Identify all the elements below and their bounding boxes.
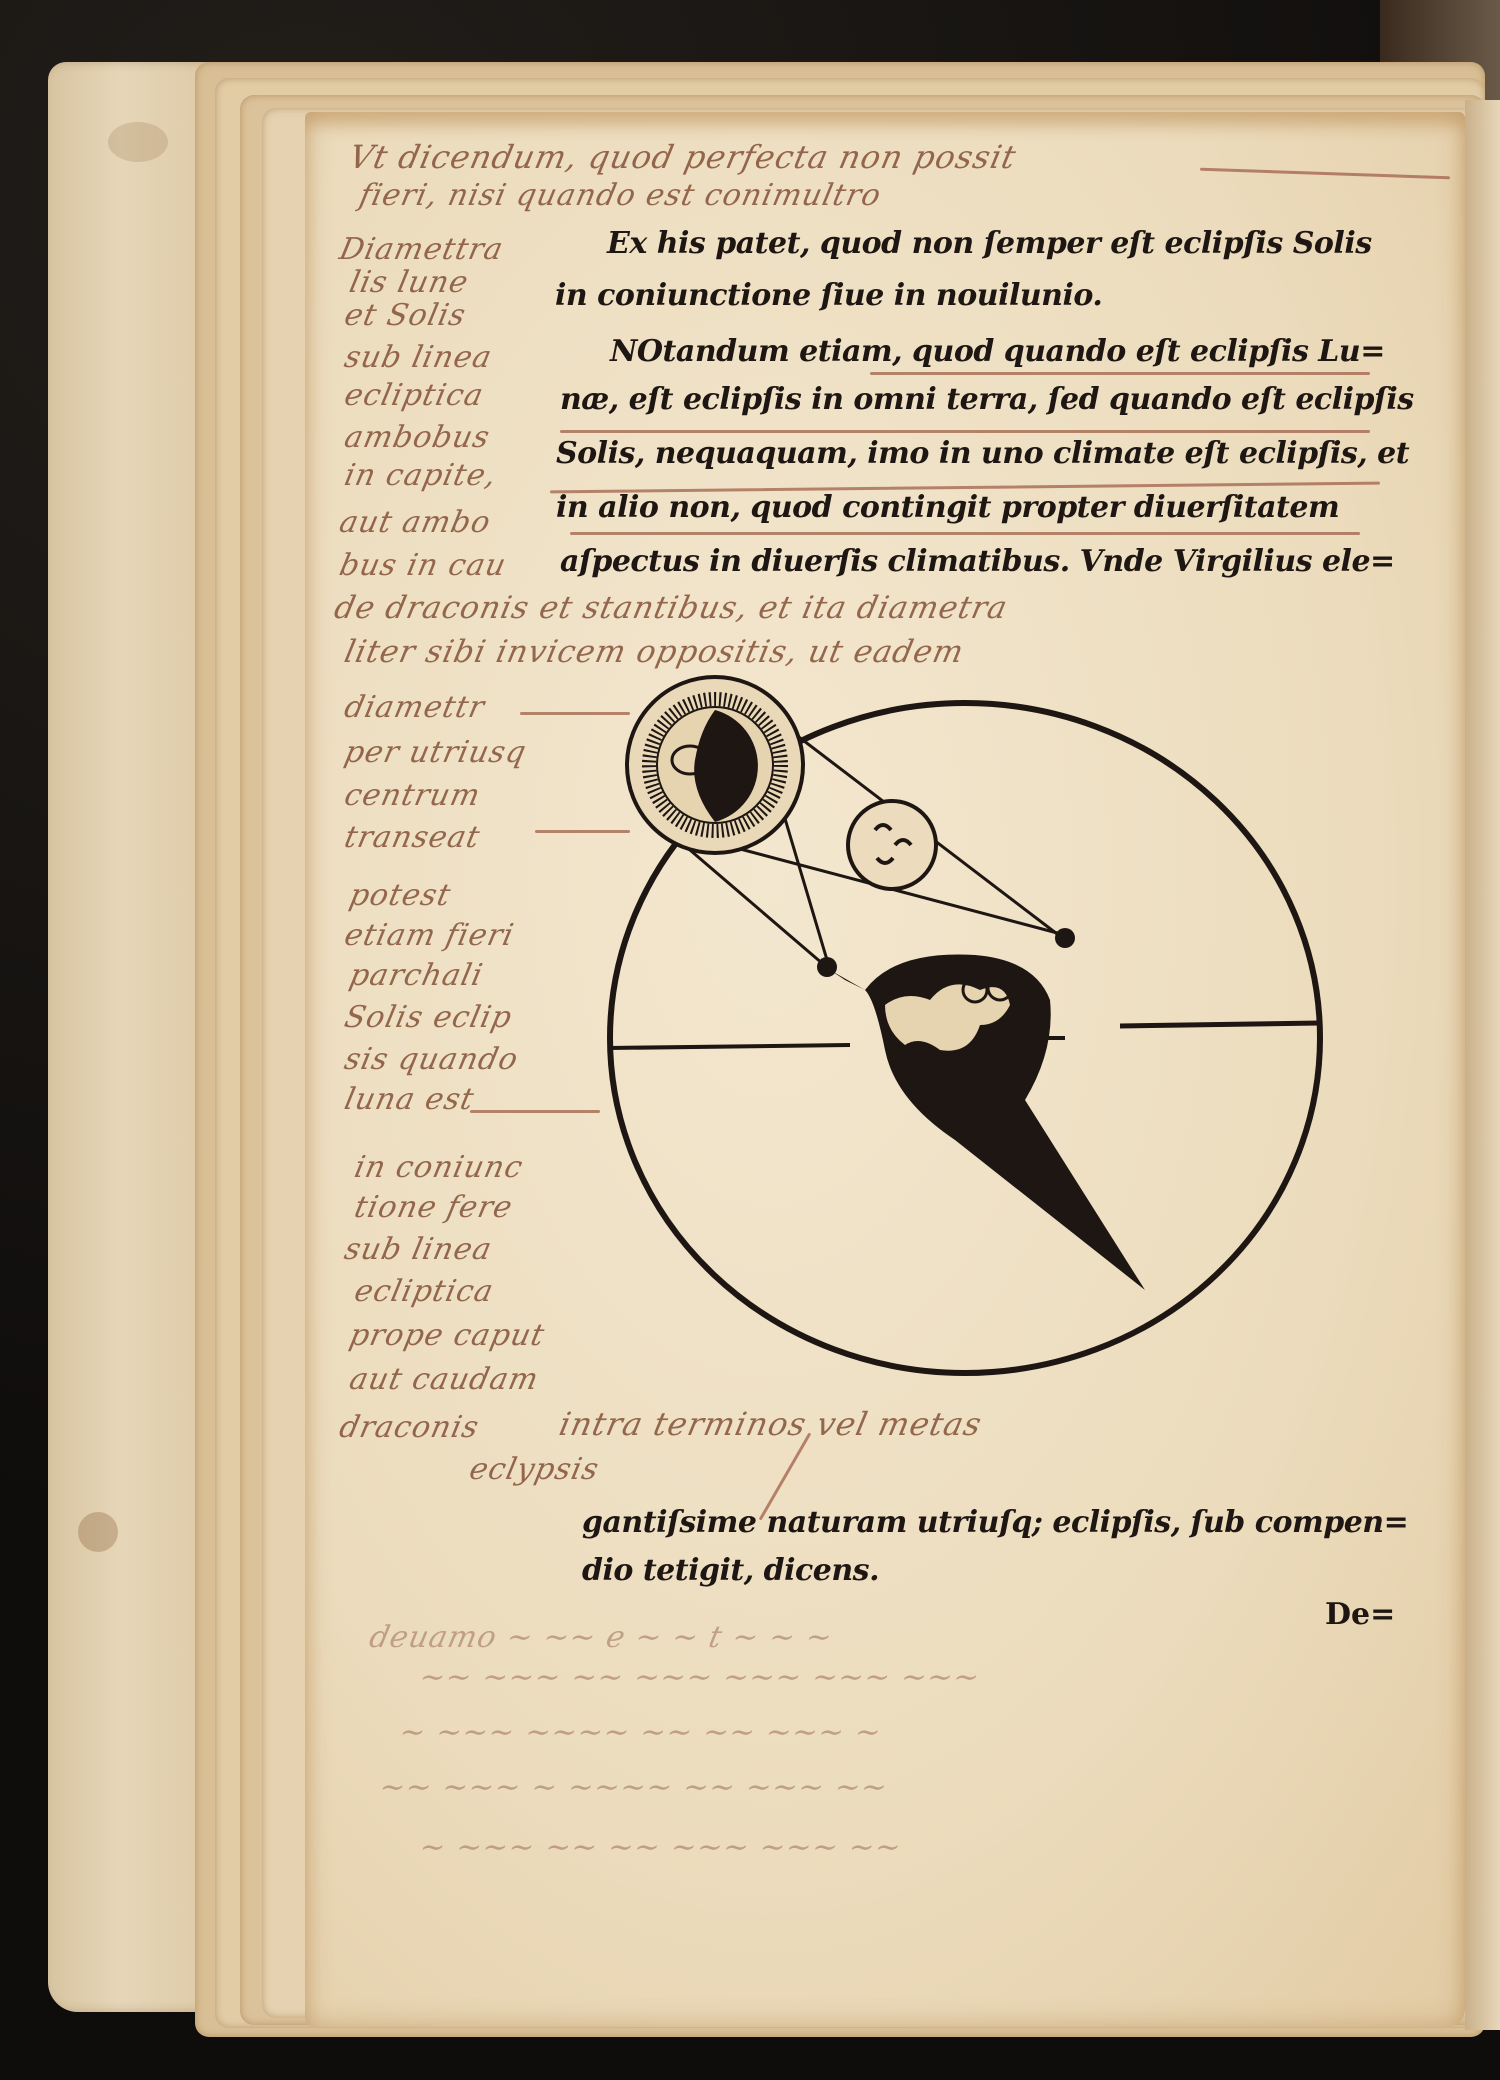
margin-note: lis lune — [346, 265, 472, 300]
margin-note: prope caput — [346, 1318, 548, 1353]
margin-note: transeat — [341, 820, 483, 855]
underline — [560, 430, 1370, 433]
margin-note: potest — [346, 878, 454, 913]
margin-note: luna est — [341, 1082, 477, 1117]
eclipse-diagram — [595, 670, 1335, 1390]
margin-note: et Solis — [341, 298, 469, 333]
printed-line: næ, eſt eclipſis in omni terra, ſed quan… — [560, 382, 1414, 417]
margin-note: parchali — [346, 958, 486, 993]
bleed-through-text: deuamo ~ ~~ e ~ ~ t ~ ~ ~ — [366, 1620, 836, 1655]
annotation-stroke — [470, 1110, 600, 1113]
margin-note: per utriusq — [341, 735, 530, 770]
margin-note: sub linea — [341, 1232, 495, 1267]
bleed-through-text: ~~ ~~~ ~ ~~~~ ~~ ~~~ ~~ — [376, 1770, 891, 1805]
bleed-through-text: ~ ~~~ ~~ ~~ ~~~ ~~~ ~~ — [416, 1830, 905, 1865]
annotation-top-line: Vt dicendum, quod perfecta non possit — [346, 138, 1020, 176]
annotation-top-line: fieri, nisi quando est conimultro — [356, 178, 884, 213]
printed-line: NOtandum etiam, quod quando eſt eclipſis… — [610, 334, 1385, 369]
margin-note: draconis — [336, 1410, 482, 1445]
margin-note: centrum — [341, 778, 483, 813]
bleed-through-text: ~~ ~~~ ~~ ~~~ ~~~ ~~~ ~~~ — [416, 1660, 983, 1695]
margin-note: in coniunc — [351, 1150, 526, 1185]
margin-note: ecliptica — [341, 378, 487, 413]
underline — [870, 372, 1370, 375]
margin-note: eclypsis — [466, 1452, 602, 1487]
margin-note: sis quando — [341, 1042, 521, 1077]
printed-line: aſpectus in diuerſis climatibus. Vnde Vi… — [560, 544, 1395, 579]
annotation-inline: intra terminos vel metas — [556, 1405, 986, 1443]
catchword: De= — [1325, 1597, 1395, 1632]
printed-line: Solis, nequaquam, imo in uno climate eſt… — [556, 436, 1409, 471]
margin-note: ecliptica — [351, 1274, 497, 1309]
margin-note: aut ambo — [336, 505, 494, 540]
margin-note: ambobus — [341, 420, 493, 455]
margin-note: tione fere — [351, 1190, 516, 1225]
stain — [78, 1512, 118, 1552]
sun-icon — [627, 677, 803, 853]
printed-line: Ex his patet, quod non ſemper eſt eclipſ… — [607, 226, 1372, 261]
moon-icon — [848, 801, 936, 889]
stain — [108, 122, 168, 162]
horizon-line — [610, 1045, 850, 1048]
printed-line: dio tetigit, dicens. — [582, 1553, 879, 1588]
margin-note: diamettr — [341, 690, 488, 725]
margin-note: sub linea — [341, 340, 495, 375]
printed-line: in alio non, quod contingit propter diue… — [556, 490, 1339, 525]
margin-note: Solis eclip — [341, 1000, 515, 1035]
underline — [570, 532, 1360, 535]
margin-note: Diamettra — [336, 232, 507, 267]
earth-shadow-icon — [817, 928, 1145, 1290]
printed-line: gantiſsime naturam utriuſq; eclipſis, ſu… — [582, 1505, 1408, 1540]
margin-note: etiam fieri — [341, 918, 517, 953]
printed-line: in coniunctione ſiue in nouilunio. — [555, 278, 1102, 313]
margin-note: bus in cau — [336, 548, 509, 583]
margin-note: in capite, — [341, 458, 500, 493]
margin-note: aut caudam — [346, 1362, 542, 1397]
annotation-inline: liter sibi invicem oppositis, ut eadem — [341, 634, 967, 670]
annotation-inline: de draconis et stantibus, et ita diametr… — [331, 590, 1011, 626]
facing-page-edge — [1465, 100, 1500, 2030]
bleed-through-text: ~ ~~~ ~~~~ ~~ ~~ ~~~ ~ — [396, 1715, 885, 1750]
